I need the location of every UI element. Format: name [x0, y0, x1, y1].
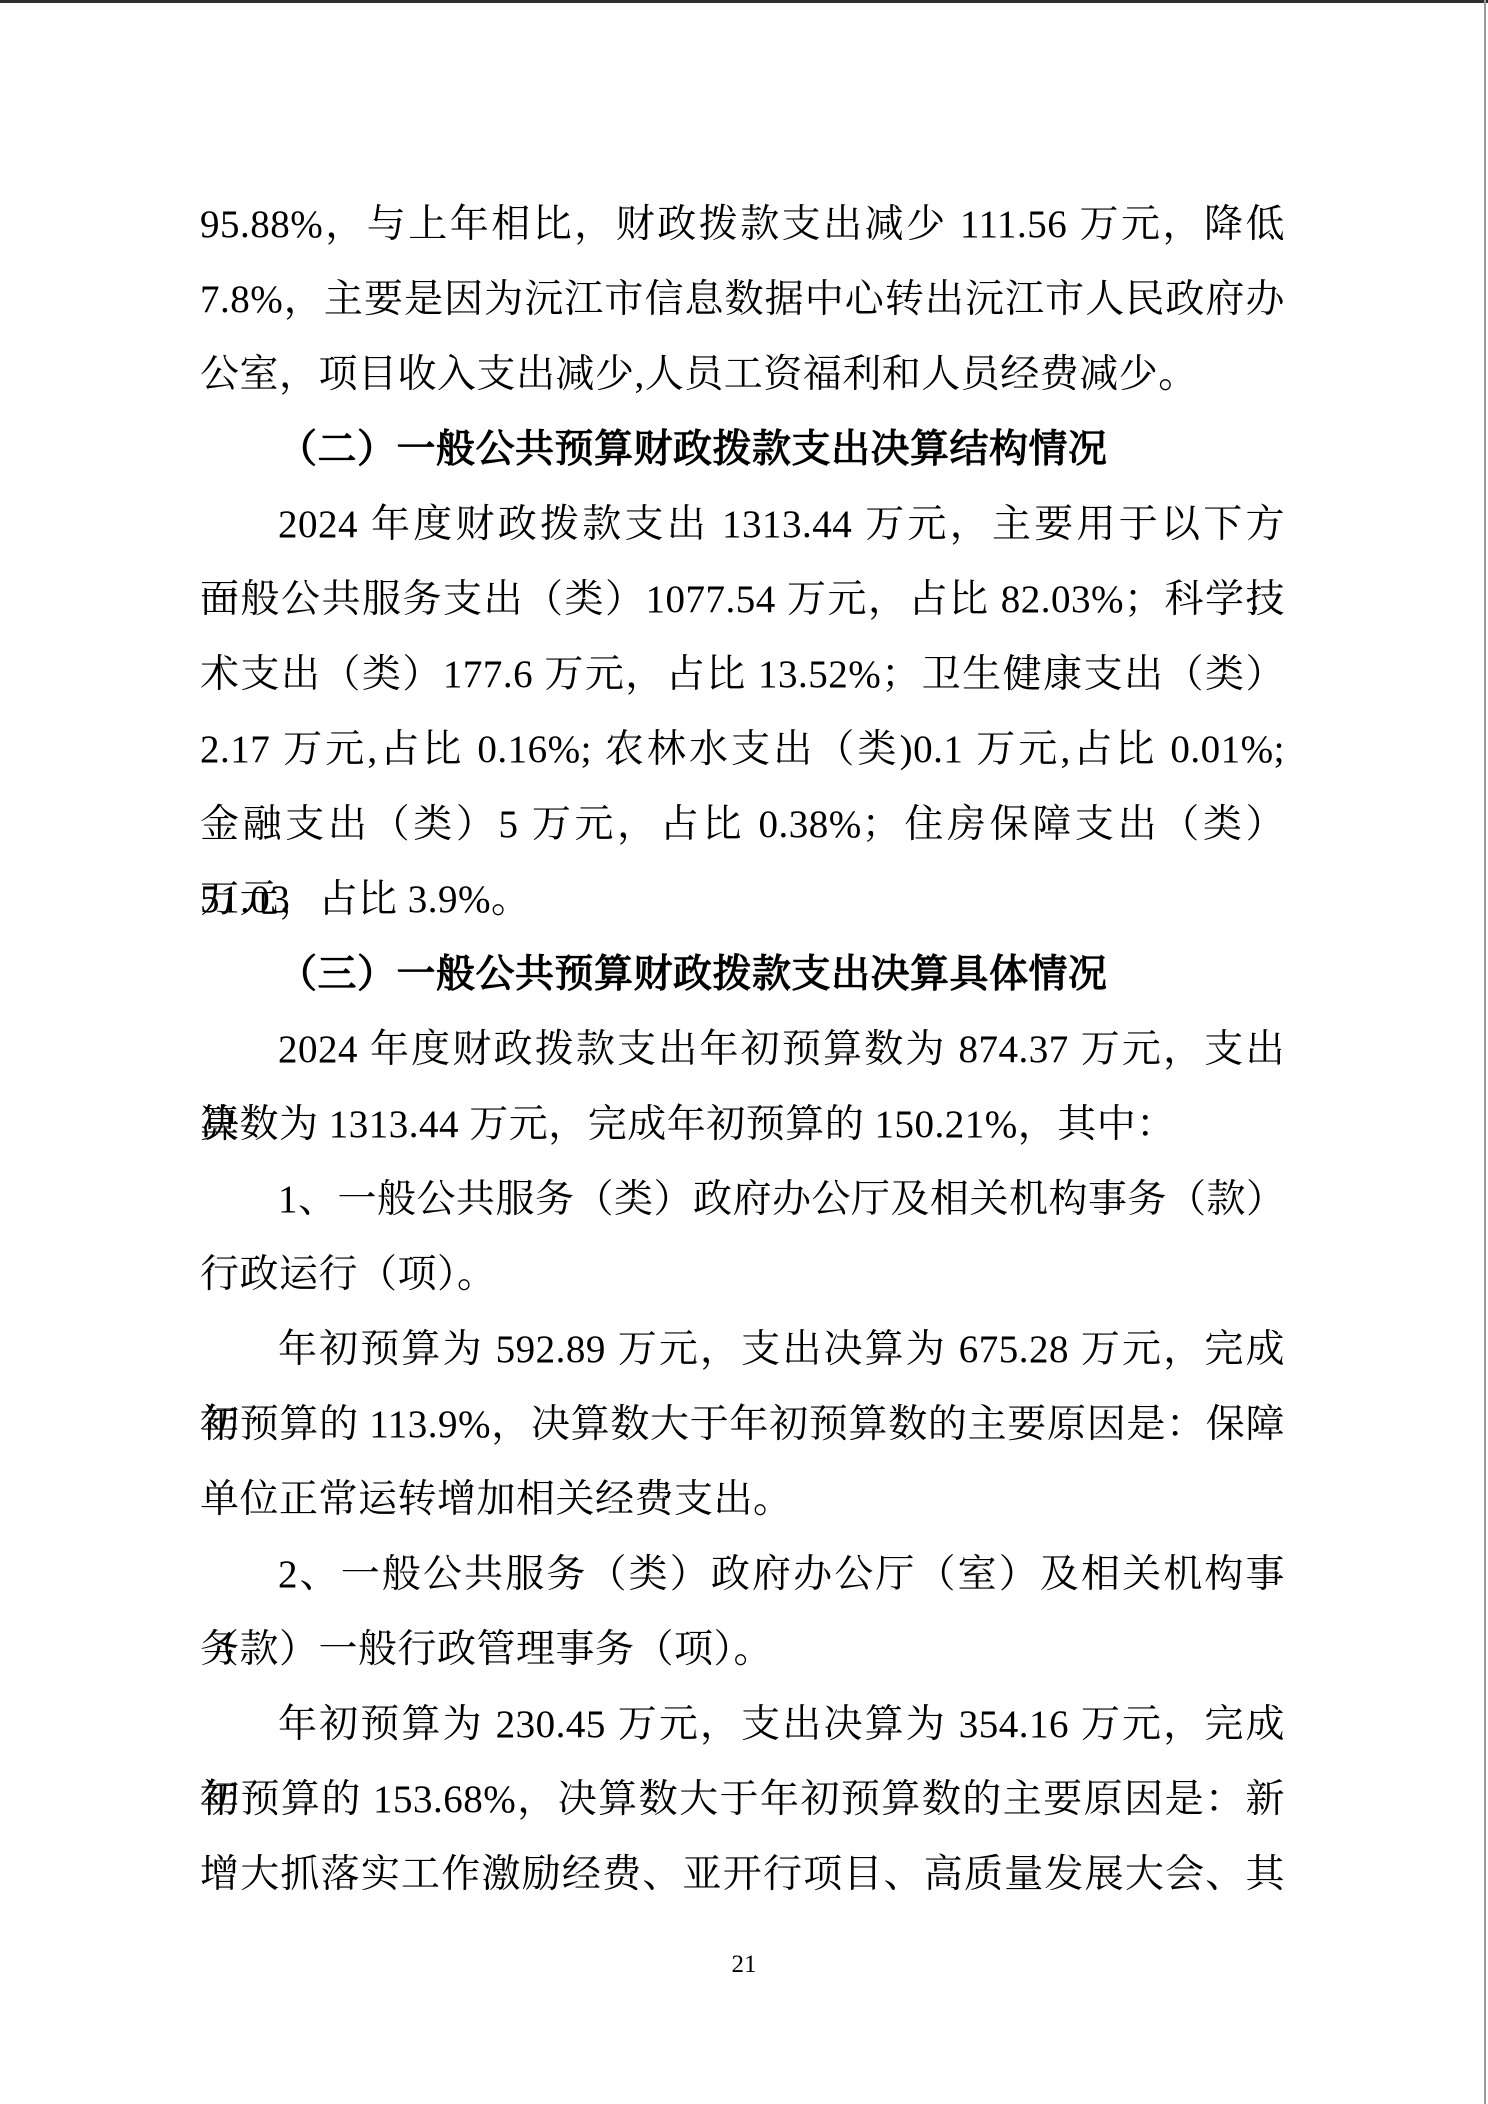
text-line: 金融支出（类）5 万元，占比 0.38%；住房保障支出（类）51.03	[200, 787, 1285, 862]
text-line: 年初预算为 230.45 万元，支出决算为 354.16 万元，完成年	[200, 1687, 1285, 1762]
text-line: 万元，占比 3.9%。	[200, 862, 1285, 937]
section-heading: （三）一般公共预算财政拨款支出决算具体情况	[200, 937, 1285, 1012]
text-line: 公室，项目收入支出减少,人员工资福利和人员经费减少。	[200, 337, 1285, 412]
text-line: 2、一般公共服务（类）政府办公厅（室）及相关机构事务	[200, 1537, 1285, 1612]
text-line: （款）一般行政管理事务（项）。	[200, 1612, 1285, 1687]
text-line: 95.88%，与上年相比，财政拨款支出减少 111.56 万元，降低	[200, 187, 1285, 262]
page-number: 21	[0, 1950, 1488, 1980]
text-line: 7.8%，主要是因为沅江市信息数据中心转出沅江市人民政府办	[200, 262, 1285, 337]
text-line: 年初预算为 592.89 万元，支出决算为 675.28 万元，完成年	[200, 1312, 1285, 1387]
text-line: 一般公共服务支出（类）1077.54 万元，占比 82.03%；科学技	[200, 562, 1285, 637]
text-line: 初预算的 153.68%，决算数大于年初预算数的主要原因是：新	[200, 1762, 1285, 1837]
text-line: 单位正常运转增加相关经费支出。	[200, 1462, 1285, 1537]
text-line: 术支出（类）177.6 万元，占比 13.52%；卫生健康支出（类）	[200, 637, 1285, 712]
page-top-edge	[0, 0, 1488, 3]
text-line: 2024 年度财政拨款支出 1313.44 万元，主要用于以下方面：	[200, 487, 1285, 562]
text-line: 初预算的 113.9%，决算数大于年初预算数的主要原因是：保障	[200, 1387, 1285, 1462]
text-line: 算数为 1313.44 万元，完成年初预算的 150.21%，其中：	[200, 1087, 1285, 1162]
text-line: 2024 年度财政拨款支出年初预算数为 874.37 万元，支出决	[200, 1012, 1285, 1087]
text-line: 行政运行（项）。	[200, 1237, 1285, 1312]
text-line: 增大抓落实工作激励经费、亚开行项目、高质量发展大会、其	[200, 1837, 1285, 1912]
text-block: 95.88%，与上年相比，财政拨款支出减少 111.56 万元，降低7.8%，主…	[200, 187, 1285, 1912]
section-heading: （二）一般公共预算财政拨款支出决算结构情况	[200, 412, 1285, 487]
text-line: 1、一般公共服务（类）政府办公厅及相关机构事务（款）	[200, 1162, 1285, 1237]
page-right-edge	[1484, 0, 1486, 2104]
document-page: 95.88%，与上年相比，财政拨款支出减少 111.56 万元，降低7.8%，主…	[0, 0, 1488, 2104]
text-line: 2.17 万元,占比 0.16%; 农林水支出（类)0.1 万元,占比 0.01…	[200, 712, 1285, 787]
